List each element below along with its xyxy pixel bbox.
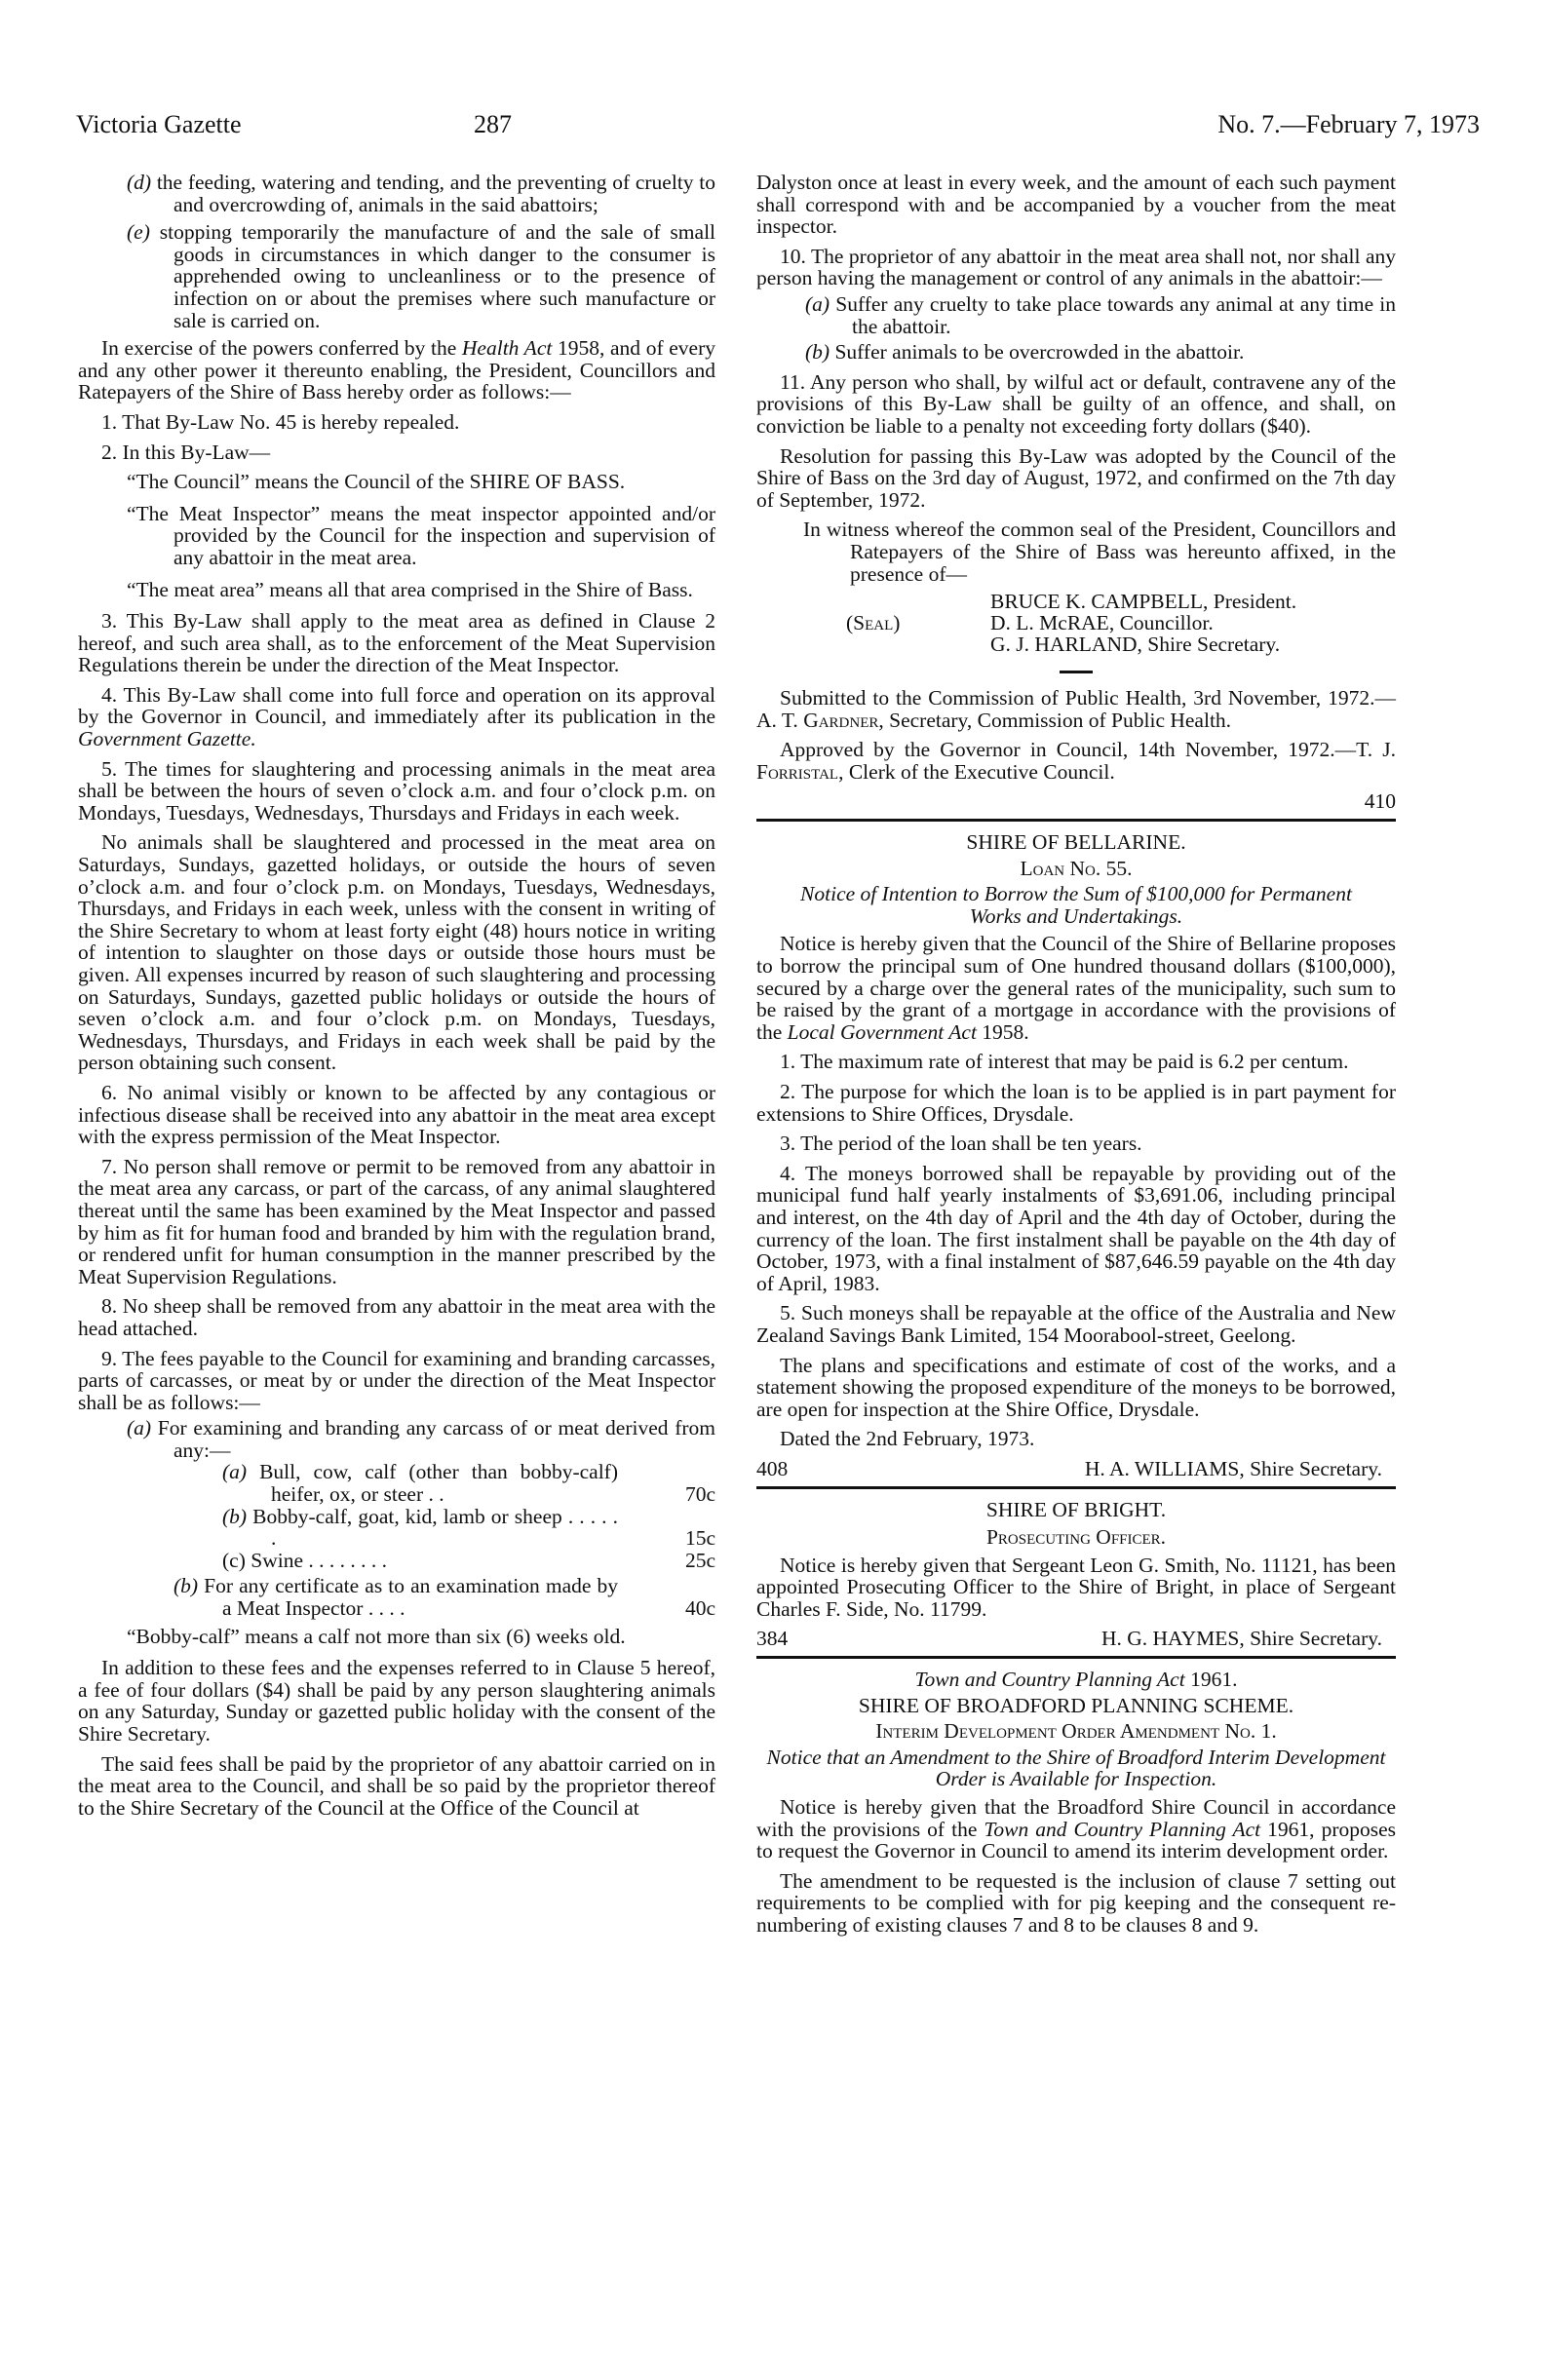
item-label: (a): [805, 292, 830, 316]
item-text: stopping temporarily the manufacture of …: [160, 220, 715, 331]
section-divider: [756, 1656, 1396, 1659]
definition-meat-area: “The meat area” means all that area comp…: [78, 579, 715, 601]
bellarine-clause-1: 1. The maximum rate of interest that may…: [756, 1051, 1396, 1073]
bellarine-signature: 408 H. A. WILLIAMS, Shire Secretary.: [756, 1458, 1396, 1480]
fee-row: (c) Swine . . . . . . . . 25c: [78, 1550, 715, 1572]
fee-row: (a) Bull, cow, calf (other than bobby-ca…: [78, 1461, 715, 1505]
fee-a-heading: (a) For examining and branding any carca…: [78, 1417, 715, 1461]
item-text: Suffer any cruelty to take place towards…: [835, 292, 1396, 338]
fee-item: Bobby-calf, goat, kid, lamb or sheep: [252, 1505, 562, 1528]
signatory-councillor: D. L. McRAE, Councillor.: [990, 612, 1296, 633]
clause-11: 11. Any person who shall, by wilful act …: [756, 371, 1396, 438]
broadford-notice-title: Notice that an Amendment to the Shire of…: [756, 1747, 1396, 1790]
fee-label: (a): [127, 1416, 151, 1440]
note-text: , Secretary, Commission of Public Health…: [878, 709, 1231, 732]
bellarine-title: SHIRE OF BELLARINE.: [756, 831, 1396, 854]
clause-3: 3. This By-Law shall apply to the meat a…: [78, 610, 715, 676]
bellarine-dated: Dated the 2nd February, 1973.: [756, 1428, 1396, 1450]
signatory-secretary: G. J. HARLAND, Shire Secretary.: [990, 633, 1296, 655]
bellarine-subtitle: Notice of Intention to Borrow the Sum of…: [756, 883, 1396, 927]
right-column: Dalyston once at least in every week, an…: [756, 172, 1396, 1944]
broadford-act: Town and Country Planning Act 1961.: [756, 1669, 1396, 1691]
item-text: Suffer animals to be overcrowded in the …: [834, 340, 1244, 364]
definition-bobby-calf: “Bobby-calf” means a calf not more than …: [78, 1626, 715, 1648]
fee-item: Swine: [251, 1549, 303, 1572]
notice-number: 408: [756, 1458, 788, 1480]
bright-signature: 384 H. G. HAYMES, Shire Secretary.: [756, 1628, 1396, 1650]
dot-leader: . .: [423, 1482, 444, 1506]
item-label: (d): [127, 171, 151, 194]
additional-fee: In addition to these fees and the expens…: [78, 1657, 715, 1745]
left-column: (d) the feeding, watering and tending, a…: [78, 172, 715, 1826]
item-label: (b): [805, 340, 830, 364]
bellarine-clause-3: 3. The period of the loan shall be ten y…: [756, 1132, 1396, 1155]
act-name: Town and Country Planning Act: [915, 1668, 1185, 1691]
official-name: Gardner: [803, 709, 878, 732]
approved-note: Approved by the Governor in Council, 14t…: [756, 739, 1396, 783]
item-label: (e): [127, 220, 150, 244]
definition-council: “The Council” means the Council of the S…: [78, 471, 715, 493]
item-e: (e) stopping temporarily the manufacture…: [78, 221, 715, 331]
clause-7: 7. No person shall remove or permit to b…: [78, 1156, 715, 1288]
notice-number: 410: [756, 790, 1396, 813]
clause-text: 4. This By-Law shall come into full forc…: [78, 683, 715, 729]
intro-text: 1958.: [977, 1020, 1029, 1044]
signatory-president: BRUCE K. CAMPBELL, President.: [990, 591, 1296, 612]
page-header: Victoria Gazette 287 No. 7.—February 7, …: [76, 109, 1480, 144]
act-name: Town and Country Planning Act: [984, 1818, 1260, 1841]
clause-10-item: (b) Suffer animals to be overcrowded in …: [756, 341, 1396, 364]
fee-label: (a): [222, 1460, 247, 1483]
fee-label: (b): [174, 1574, 198, 1597]
item-d: (d) the feeding, watering and tending, a…: [78, 172, 715, 215]
signature-block: (Seal) BRUCE K. CAMPBELL, President. D. …: [756, 591, 1396, 663]
clause-6: 6. No animal visibly or known to be affe…: [78, 1082, 715, 1148]
bellarine-intro: Notice is hereby given that the Council …: [756, 933, 1396, 1043]
fee-text: For examining and branding any carcass o…: [158, 1416, 715, 1462]
fee-amount: 15c: [667, 1527, 715, 1550]
clause-2: 2. In this By-Law—: [78, 441, 715, 464]
bright-title: SHIRE OF BRIGHT.: [756, 1499, 1396, 1521]
bright-body: Notice is hereby given that Sergeant Leo…: [756, 1555, 1396, 1621]
dot-leader: . . . .: [363, 1596, 405, 1620]
section-divider: [756, 1486, 1396, 1489]
clause-5: 5. The times for slaughtering and proces…: [78, 758, 715, 825]
notice-number: 384: [756, 1628, 788, 1650]
clause-9: 9. The fees payable to the Council for e…: [78, 1348, 715, 1414]
resolution: Resolution for passing this By-Law was a…: [756, 445, 1396, 512]
fee-row: (b) Bobby-calf, goat, kid, lamb or sheep…: [78, 1506, 715, 1550]
act-name: Local Government Act: [788, 1020, 977, 1044]
submitted-note: Submitted to the Commission of Public He…: [756, 687, 1396, 731]
fee-item: For any certificate as to an examination…: [204, 1574, 618, 1620]
payment-of-fees: The said fees shall be paid by the propr…: [78, 1753, 715, 1820]
bellarine-plans: The plans and specifications and estimat…: [756, 1355, 1396, 1421]
publication-title: Victoria Gazette: [76, 109, 242, 140]
preamble: In exercise of the powers conferred by t…: [78, 337, 715, 403]
seal-label: (Seal): [846, 612, 900, 634]
divider: [1060, 671, 1093, 673]
bellarine-clause-2: 2. The purpose for which the loan is to …: [756, 1081, 1396, 1125]
broadford-subtitle: Interim Development Order Amendment No. …: [756, 1720, 1396, 1743]
note-text: Approved by the Governor in Council, 14t…: [780, 738, 1396, 761]
official-name: Forristal: [756, 760, 838, 784]
clause-4: 4. This By-Law shall come into full forc…: [78, 684, 715, 750]
clause-5-restrictions: No animals shall be slaughtered and proc…: [78, 831, 715, 1074]
fee-schedule: (a) For examining and branding any carca…: [78, 1417, 715, 1619]
preamble-text: In exercise of the powers conferred by t…: [101, 336, 462, 360]
clause-10-item: (a) Suffer any cruelty to take place tow…: [756, 293, 1396, 337]
clause-1: 1. That By-Law No. 45 is hereby repealed…: [78, 411, 715, 434]
gazette-name: Government Gazette.: [78, 727, 256, 750]
fee-amount: 40c: [667, 1597, 715, 1620]
bellarine-clause-4: 4. The moneys borrowed shall be repayabl…: [756, 1163, 1396, 1295]
fee-amount: 25c: [667, 1550, 715, 1572]
bellarine-clause-5: 5. Such moneys shall be repayable at the…: [756, 1302, 1396, 1346]
signatory: H. G. HAYMES, Shire Secretary.: [1101, 1628, 1396, 1650]
clause-10: 10. The proprietor of any abattoir in th…: [756, 246, 1396, 289]
fee-label: (c): [222, 1549, 246, 1572]
broadford-amendment: The amendment to be requested is the inc…: [756, 1870, 1396, 1937]
bright-subtitle: Prosecuting Officer.: [756, 1526, 1396, 1549]
loan-number: Loan No. 55.: [756, 858, 1396, 880]
fee-row-certificate: (b) For any certificate as to an examina…: [78, 1575, 715, 1619]
broadford-title: SHIRE OF BROADFORD PLANNING SCHEME.: [756, 1695, 1396, 1717]
signatory: H. A. WILLIAMS, Shire Secretary.: [1085, 1458, 1396, 1480]
witness-statement: In witness whereof the common seal of th…: [756, 518, 1396, 585]
note-text: , Clerk of the Executive Council.: [838, 760, 1115, 784]
item-text: the feeding, watering and tending, and t…: [157, 171, 715, 216]
act-name: Health Act: [462, 336, 552, 360]
issue-date: No. 7.—February 7, 1973: [1217, 109, 1480, 140]
act-year: 1961.: [1185, 1668, 1238, 1691]
dot-leader: . . . . . . . .: [303, 1549, 387, 1572]
fee-amount: 70c: [667, 1483, 715, 1506]
broadford-body: Notice is hereby given that the Broadfor…: [756, 1796, 1396, 1862]
definition-meat-inspector: “The Meat Inspector” means the meat insp…: [78, 503, 715, 569]
page-number: 287: [474, 109, 512, 140]
clause-8: 8. No sheep shall be removed from any ab…: [78, 1295, 715, 1339]
section-divider: [756, 819, 1396, 822]
clause-9-continuation: Dalyston once at least in every week, an…: [756, 172, 1396, 238]
fee-label: (b): [222, 1505, 247, 1528]
